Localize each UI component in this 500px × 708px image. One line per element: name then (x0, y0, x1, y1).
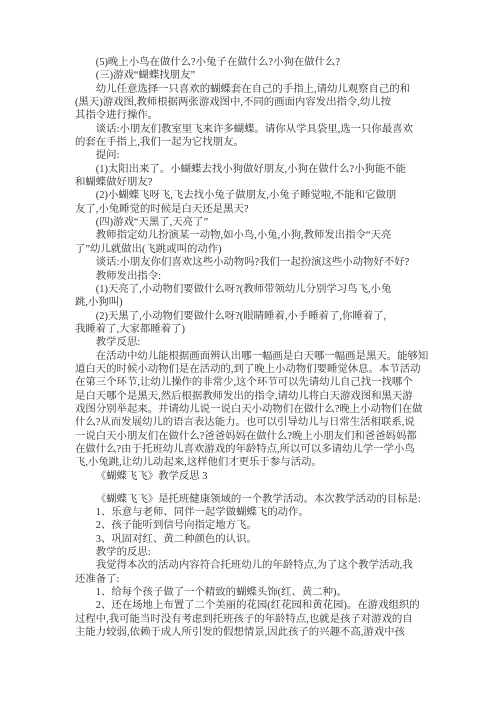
text-line: 幼儿任意选择一只喜欢的蝴蝶套在自己的手指上,请幼儿观察自己的和 (75, 83, 439, 96)
text-line: 《蝴蝶飞飞》教学反思 3 (75, 470, 439, 483)
text-line: 过程中,我可能当时没有考虑到托班孩子的年龄特点,也就是孩子对游戏的自 (75, 613, 439, 626)
text-line: (1)天亮了,小动物们要做什么呀?(教师带领幼儿分别学习鸟飞,小兔 (75, 283, 439, 296)
text-line: 教师指定幼儿扮演某一动物,如小鸟,小兔,小狗,教师发出指令“天亮 (75, 229, 439, 242)
text-line: 谈话:小朋友们教室里飞来许多蝴蝶。请你从学具袋里,选一只你最喜欢 (75, 123, 439, 136)
text-line: (5)晚上小鸟在做什么?小兔子在做什么?小狗在做什么? (75, 56, 439, 69)
text-line: (四)游戏“天黑了,天亮了” (75, 216, 439, 229)
document-body: (5)晚上小鸟在做什么?小兔子在做什么?小狗在做什么?(三)游戏“蝴蝶找朋友”幼… (75, 56, 439, 639)
text-line: 一说白天小朋友们在做什么?爸爸妈妈在做什么?晚上小朋友们和爸爸妈妈都 (75, 430, 439, 443)
text-line: 是白天哪个是黑天,然后根据教师发出的指令,请幼儿将白天游戏图和黑天游 (75, 390, 439, 403)
text-line: 教师发出指令: (75, 270, 439, 283)
text-line: (1)太阳出来了。小蝴蝶去找小狗做好朋友,小狗在做什么?小狗能不能 (75, 163, 439, 176)
text-line: 1、给每个孩子做了一个精致的蝴蝶头饰(红、黄二种)。 (75, 586, 439, 599)
text-line: 主能力较弱,依赖于成人所引发的假想情景,因此孩子的兴趣不高,游戏中孩 (75, 626, 439, 639)
text-line: 飞,小兔跳,让幼儿动起来,这样他们才更乐于参与活动。 (75, 456, 439, 469)
text-line: 教学反思: (75, 336, 439, 349)
text-line: 《蝴蝶飞飞》是托班健康领域的一个教学活动。本次教学活动的目标是: (75, 493, 439, 506)
text-line: 友了,小兔睡觉的时候是白天还是黑天? (75, 203, 439, 216)
text-line: 提问: (75, 149, 439, 162)
text-line: 2、还在场地上布置了二个美丽的花园(红花园和黄花园)。在游戏组织的 (75, 599, 439, 612)
text-line: 我觉得本次的活动内容符合托班幼儿的年龄特点,为了这个教学活动,我 (75, 559, 439, 572)
text-line: 3、巩固对红、黄二种颜色的认识。 (75, 533, 439, 546)
text-line: 戏图分别举起来。并请幼儿说一说白天小动物们在做什么?晚上小动物们在做 (75, 403, 439, 416)
text-line: (2)天黑了,小动物们要做什么呀?(眼睛睡着,小手睡着了,你睡着了, (75, 310, 439, 323)
text-line: 在做什么?由于托班幼儿喜欢游戏的年龄特点,所以可以多请幼儿学一学小鸟 (75, 443, 439, 456)
text-line: 2、孩子能听到信号向指定地方飞。 (75, 519, 439, 532)
text-line: 什么?从而发展幼儿的语言表达能力。也可以引导幼儿与日常生活相联系,说 (75, 416, 439, 429)
document-page: (5)晚上小鸟在做什么?小兔子在做什么?小狗在做什么?(三)游戏“蝴蝶找朋友”幼… (0, 0, 500, 708)
text-line: 教学的反思: (75, 546, 439, 559)
text-line: 谈话:小朋友你们喜欢这些小动物吗?我们一起扮演这些小动物好不好? (75, 256, 439, 269)
text-line: 道白天的时候小动物们是在活动的,到了晚上小动物们要睡觉休息。本节活动 (75, 363, 439, 376)
text-line: 1、乐意与老师、同伴一起学做蝴蝶飞的动作。 (75, 506, 439, 519)
text-line: 在第三个环节,让幼儿操作的非常少,这个环节可以先请幼儿自己找一找哪个 (75, 376, 439, 389)
text-line: 跳,小狗叫) (75, 296, 439, 309)
text-line: 和蝴蝶做好朋友? (75, 176, 439, 189)
text-line: 我睡着了,大家都睡着了) (75, 323, 439, 336)
text-line: 了”幼儿就做出(飞跳或叫的动作) (75, 243, 439, 256)
text-line: 还准备了: (75, 573, 439, 586)
text-line: 其指令进行操作。 (75, 109, 439, 122)
text-line: (三)游戏“蝴蝶找朋友” (75, 69, 439, 82)
text-line: 的套在手指上,我们一起为它找朋友。 (75, 136, 439, 149)
text-line: 在活动中幼儿能根据画面辨认出哪一幅画是白天哪一幅画是黑天。能够知 (75, 350, 439, 363)
text-line: (2)小蝴蝶飞呀飞,飞去找小兔子做朋友,小兔子睡觉啦,不能和它做朋 (75, 189, 439, 202)
text-line: (黑天)游戏图,教师根据两张游戏图中,不同的画面内容发出指令,幼儿按 (75, 96, 439, 109)
